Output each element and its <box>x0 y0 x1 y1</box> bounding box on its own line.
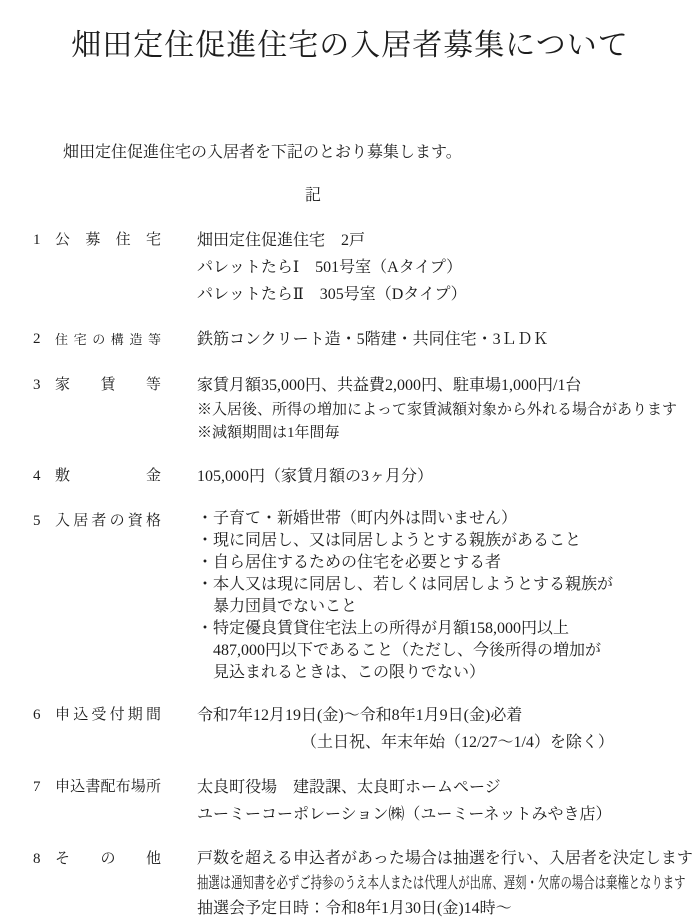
content-line: （土日祝、年末年始（12/27～1/4）を除く） <box>197 729 700 756</box>
section-label: 家賃等 <box>55 372 161 399</box>
section-content: 105,000円（家賃月額の3ヶ月分） <box>197 463 700 490</box>
content-line: 鉄筋コンクリート造・5階建・共同住宅・3ＬＤＫ <box>197 326 700 353</box>
content-line: パレットたらⅠ 501号室（Aタイプ） <box>197 254 700 281</box>
page-title: 畑田定住促進住宅の入居者募集について <box>0 0 700 64</box>
section-content: 戸数を超える申込者があった場合は抽選を行い、入居者を決定します抽選は通知書を必ず… <box>197 846 700 921</box>
section-content: 太良町役場 建設課、太良町ホームページユーミーコーポレーション㈱（ユーミーネット… <box>197 774 700 828</box>
content-line: 105,000円（家賃月額の3ヶ月分） <box>197 463 700 490</box>
section-number: 7 <box>33 774 55 801</box>
section-label: その他 <box>55 846 161 873</box>
content-line: 487,000円以下であること（ただし、今後所得の増加が <box>197 640 700 662</box>
ki-heading: 記 <box>63 186 563 206</box>
section-content: 畑田定住促進住宅 2戸パレットたらⅠ 501号室（Aタイプ）パレットたらⅡ 30… <box>197 227 700 308</box>
section-number: 8 <box>33 846 55 873</box>
content-line: ※減額期間は1年間毎 <box>197 422 700 445</box>
section-label: 公募住宅 <box>55 227 161 254</box>
content-line: 戸数を超える申込者があった場合は抽選を行い、入居者を決定します <box>197 846 700 871</box>
intro-text: 畑田定住促進住宅の入居者を下記のとおり募集します。 <box>63 142 700 163</box>
content-line: パレットたらⅡ 305号室（Dタイプ） <box>197 281 700 308</box>
section-label: 申込受付期間 <box>55 702 161 729</box>
content-line: ・特定優良賃貸住宅法上の所得が月額158,000円以上 <box>197 618 700 640</box>
section-content: ・子育て・新婚世帯（町内外は問いません）・現に同居し、又は同居しようとする親族が… <box>197 508 700 684</box>
section-4: 4敷金105,000円（家賃月額の3ヶ月分） <box>0 463 700 490</box>
content-line: 家賃月額35,000円、共益費2,000円、駐車場1,000円/1台 <box>197 372 700 399</box>
content-line: 見込まれるときは、この限りでない） <box>197 662 700 684</box>
content-line: 畑田定住促進住宅 2戸 <box>197 227 700 254</box>
content-line: ユーミーコーポレーション㈱（ユーミーネットみやき店） <box>197 801 700 828</box>
content-line: ・子育て・新婚世帯（町内外は問いません） <box>197 508 700 530</box>
section-number: 1 <box>33 227 55 254</box>
content-line: ※入居後、所得の増加によって家賃減額対象から外れる場合があります <box>197 399 700 422</box>
content-line: 暴力団員でないこと <box>197 596 700 618</box>
section-label: 入居者の資格 <box>55 508 161 535</box>
section-5: 5入居者の資格・子育て・新婚世帯（町内外は問いません）・現に同居し、又は同居しよ… <box>0 508 700 684</box>
section-8: 8その他戸数を超える申込者があった場合は抽選を行い、入居者を決定します抽選は通知… <box>0 846 700 921</box>
content-line: 太良町役場 建設課、太良町ホームページ <box>197 774 700 801</box>
content-line: 令和7年12月19日(金)～令和8年1月9日(金)必着 <box>197 702 700 729</box>
section-number: 2 <box>33 326 55 353</box>
content-line: 抽選は通知書を必ずご持参のうえ本人または代理人が出席、遅刻・欠席の場合は棄権とな… <box>197 871 554 896</box>
section-number: 4 <box>33 463 55 490</box>
section-content: 家賃月額35,000円、共益費2,000円、駐車場1,000円/1台※入居後、所… <box>197 372 700 445</box>
section-content: 令和7年12月19日(金)～令和8年1月9日(金)必着 （土日祝、年末年始（12… <box>197 702 700 756</box>
section-number: 6 <box>33 702 55 729</box>
section-content: 鉄筋コンクリート造・5階建・共同住宅・3ＬＤＫ <box>197 326 700 353</box>
section-1: 1公募住宅畑田定住促進住宅 2戸パレットたらⅠ 501号室（Aタイプ）パレットた… <box>0 227 700 308</box>
document-page: 畑田定住促進住宅の入居者募集について 畑田定住促進住宅の入居者を下記のとおり募集… <box>0 0 700 922</box>
section-label: 敷金 <box>55 463 161 490</box>
content-line: ・本人又は現に同居し、若しくは同居しようとする親族が <box>197 574 700 596</box>
section-7: 7申込書配布場所太良町役場 建設課、太良町ホームページユーミーコーポレーション㈱… <box>0 774 700 828</box>
content-line: ・現に同居し、又は同居しようとする親族があること <box>197 530 700 552</box>
section-label: 住宅の構造等 <box>55 326 161 354</box>
section-number: 3 <box>33 372 55 399</box>
section-6: 6申込受付期間令和7年12月19日(金)～令和8年1月9日(金)必着 （土日祝、… <box>0 702 700 756</box>
content-line: ・自ら居住するための住宅を必要とする者 <box>197 552 700 574</box>
section-list: 1公募住宅畑田定住促進住宅 2戸パレットたらⅠ 501号室（Aタイプ）パレットた… <box>0 227 700 921</box>
section-3: 3家賃等家賃月額35,000円、共益費2,000円、駐車場1,000円/1台※入… <box>0 372 700 445</box>
section-number: 5 <box>33 508 55 535</box>
section-2: 2住宅の構造等鉄筋コンクリート造・5階建・共同住宅・3ＬＤＫ <box>0 326 700 354</box>
section-label: 申込書配布場所 <box>55 774 161 801</box>
content-line: 抽選会予定日時：令和8年1月30日(金)14時～ <box>197 896 700 921</box>
